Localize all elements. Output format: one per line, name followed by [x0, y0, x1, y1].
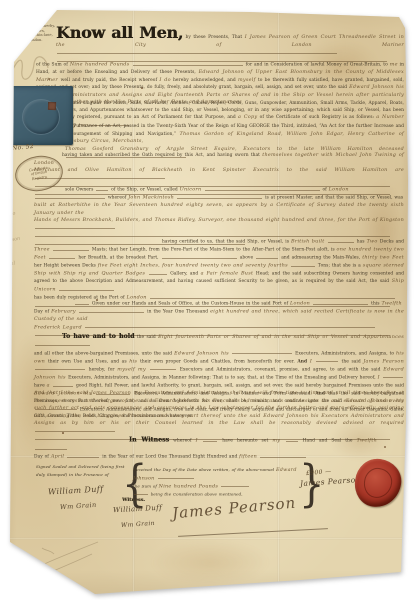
- printed-text: Signed Sealed and Delivered (being first…: [36, 464, 124, 477]
- blank-rule: [49, 254, 75, 259]
- blank-rule: [59, 286, 114, 291]
- blank-rule: [133, 61, 243, 66]
- handwritten-text: a: [47, 383, 52, 389]
- printed-text: Decks and: [380, 240, 404, 245]
- handwritten-text: thirty two Feet: [362, 255, 404, 261]
- blank-rule: [149, 270, 167, 275]
- blank-rule: [57, 49, 337, 54]
- blank-rule: [53, 382, 73, 387]
- printed-text: Tons; that she is a: [316, 264, 363, 269]
- handwritten-text: Frederick Legard: [34, 324, 84, 330]
- signature-underline: [178, 528, 328, 537]
- printed-text: Day of: [34, 455, 51, 460]
- printed-text: whereof: [106, 196, 128, 201]
- printed-text: sole Owners: [65, 188, 95, 193]
- handwritten-text: I do: [159, 77, 170, 83]
- margin-note: Wilson: [4, 237, 21, 245]
- blank-rule: [203, 437, 217, 442]
- printed-text: hereby, for: [86, 367, 117, 372]
- handwritten-text: I: [196, 438, 203, 444]
- printed-text: their own Use and Uses, and as: [48, 359, 129, 364]
- printed-text: To have and to hold: [62, 333, 134, 340]
- witness-label: Witness.: [122, 497, 145, 503]
- blank-rule: [256, 254, 278, 259]
- signature-wm-grain-witness: Wm Grain: [121, 520, 155, 529]
- printed-text: Given under our Hands and Seals of Offic…: [90, 302, 290, 307]
- printed-text: this: [369, 302, 381, 307]
- handwritten-text: I: [310, 358, 315, 364]
- blank-rule: [85, 324, 375, 329]
- handwritten-text: Twelfth: [357, 438, 377, 444]
- receipt-amount: £900 —: [306, 468, 332, 477]
- handwritten-text: my: [272, 438, 284, 444]
- stain-spot: [150, 540, 270, 585]
- opening-clause: Know all Men, by these Presents, That I …: [56, 30, 404, 65]
- foxing-dot: [384, 446, 386, 448]
- printed-text: have: [34, 384, 47, 389]
- revenue-stamp: [9, 86, 73, 145]
- printed-text: the Sum of: [133, 483, 159, 488]
- printed-text: of the Ship, or Vessel, called: [109, 188, 179, 193]
- handwritten-text: Thomas Gosford Gransbury of Argyle Stree…: [65, 146, 404, 152]
- handwritten-text: I: [378, 374, 382, 380]
- handwritten-text: John Mackintosh: [128, 195, 176, 201]
- blank-rule: [67, 453, 99, 458]
- blank-rule: [79, 308, 144, 313]
- printed-text: the said: [134, 335, 158, 340]
- printed-text: the said: [339, 359, 363, 364]
- pencil-scribble: [12, 538, 102, 588]
- handwritten-text: his: [129, 358, 140, 364]
- handwritten-text: built at Rotherhithe in the Year Sevente…: [34, 202, 404, 216]
- handwritten-text: myself my: [117, 366, 149, 372]
- printed-text: her Height between Decks: [34, 264, 98, 269]
- margin-note: S al: [6, 261, 16, 268]
- printed-text: Received the Day of the Date above writt…: [133, 467, 276, 472]
- parchment-document: Sold by W.C. & W.H. Witherby, Stationers…: [0, 0, 417, 600]
- handwritten-text: And that I the said James Pearson my Exe…: [34, 390, 404, 426]
- handwritten-text: Edward Johnson his: [174, 350, 231, 356]
- printed-text: whereof: [169, 439, 196, 444]
- printed-text: having taken and subscribed the Oath req…: [62, 153, 262, 158]
- further-assurance-handwritten: And that I the said James Pearson my Exe…: [34, 390, 404, 444]
- printed-text: in the Year One Thousand: [145, 310, 210, 315]
- printed-text: have hereunto set: [218, 439, 272, 444]
- printed-text: has: [355, 240, 367, 245]
- consideration-clause: of the Sum of Nine hundred Pounds for an…: [36, 61, 404, 107]
- handwritten-text: a Fair female Bust: [201, 271, 256, 277]
- blank-rule: [35, 342, 90, 347]
- blank-rule: [328, 238, 354, 243]
- printed-text: Gallery, and: [168, 272, 201, 277]
- stamp-patch: [48, 102, 57, 111]
- wax-seal: [352, 456, 404, 509]
- handwritten-text: Unicorn: [180, 187, 204, 193]
- printed-text: Masts; that her Length, from the Fore-Pa…: [90, 248, 337, 253]
- blank-rule: [232, 350, 292, 355]
- blank-rule: [205, 186, 320, 191]
- signature-william-duff-attestor: William Duff: [48, 485, 104, 497]
- handwritten-text: Eight fourteenth Parts or Shares of and …: [158, 334, 404, 340]
- blank-rule: [313, 300, 368, 305]
- printed-text: is at present Master, and that the said …: [263, 196, 403, 201]
- document-shadow-wrap: Sold by W.C. & W.H. Witherby, Stationers…: [0, 0, 417, 600]
- blank-rule: [35, 225, 115, 230]
- receipt-clause: Received the Day of the Date above writt…: [133, 467, 297, 499]
- in-witness-clause: In Witness whereof I have hereunto set m…: [34, 437, 377, 461]
- stationer-imprint: Sold by W.C. & W.H. Witherby, Stationers…: [10, 20, 60, 43]
- handwritten-text: February: [51, 309, 78, 315]
- printed-text: their own proper Goods and Chattles, fro…: [140, 359, 297, 364]
- printed-text: of the Sum of: [36, 63, 70, 68]
- handwritten-text: British built: [291, 239, 327, 245]
- printed-text: for and in Consideration of lawful Money…: [244, 63, 390, 68]
- printed-text: and admeasuring the Main-Wales,: [279, 256, 362, 261]
- blank-rule: [383, 374, 403, 379]
- margin-note: Wm: [3, 285, 13, 292]
- handwritten-text: James Pearson: [363, 358, 404, 364]
- handwritten-text: Twelfth: [381, 301, 401, 307]
- printed-text: of: [321, 188, 329, 193]
- blank-rule: [35, 233, 390, 238]
- blank-rule: [316, 358, 338, 363]
- printed-text: In Witness: [129, 437, 169, 444]
- printed-text: hereby acknowledged, and: [171, 78, 238, 83]
- printed-text: good Right, full Power, and lawful Autho…: [74, 384, 404, 389]
- handwritten-text: Nine hundred Pounds: [70, 62, 132, 68]
- handwritten-text: myself: [238, 77, 256, 83]
- photo-background: Sold by W.C. & W.H. Witherby, Stationers…: [0, 0, 417, 600]
- handwritten-text: Nine hundred Pounds: [159, 483, 221, 489]
- handwritten-text: Three: [34, 247, 52, 253]
- handwritten-text: London: [290, 301, 312, 307]
- blank-rule: [162, 254, 237, 259]
- blank-rule: [35, 445, 67, 450]
- registry-number: No. 52: [12, 143, 35, 152]
- margin-note: L o: [8, 211, 16, 217]
- printed-text: Executors, Administrators, and Assigns, …: [293, 351, 396, 356]
- oval-stamp-line: Registry.: [32, 174, 48, 181]
- blank-rule: [53, 246, 89, 251]
- printed-text: having certified to us, that the said Sh…: [162, 240, 291, 245]
- blank-rule: [35, 194, 105, 199]
- fold-crease-horizontal: [0, 537, 417, 540]
- handwritten-text: London: [329, 187, 349, 193]
- blank-rule: [286, 437, 298, 442]
- printed-text: by these Presents, That: [183, 35, 245, 40]
- handwritten-text: a Copy: [238, 114, 257, 120]
- imprint-line: London.: [10, 37, 60, 42]
- signature-william-duff-witness: William Duff: [113, 504, 163, 515]
- printed-text: well and truly paid, the Receipt whereof: [61, 78, 160, 83]
- handwritten-text: Hands of Messrs Brockbank, Builders, and…: [34, 217, 404, 223]
- blank-rule: [96, 186, 108, 191]
- blank-rule: [134, 491, 148, 496]
- blank-rule: [291, 262, 315, 267]
- blank-rule: [177, 194, 262, 199]
- blank-rule: [158, 475, 194, 480]
- attestation-clause: Signed Sealed and Delivered (being first…: [36, 464, 126, 479]
- printed-text: Day of: [34, 310, 51, 315]
- handwritten-text: April: [51, 454, 67, 460]
- printed-text: above: [238, 256, 255, 261]
- printed-text: Executors, Administrators, and Assigns, …: [68, 375, 378, 380]
- printed-text: and all other the above-bargained Premis…: [34, 351, 174, 356]
- blank-rule: [150, 366, 176, 371]
- imprint-line: W.C. & W.H. Witherby,: [10, 24, 60, 29]
- printed-text: And: [297, 359, 310, 364]
- handwritten-text: five Feet eight Inches, four hundred twe…: [98, 263, 290, 269]
- printed-text: Hand and Seal the: [299, 439, 357, 444]
- handwritten-text: Merchant and Olive Hamilton of Blackheat…: [34, 167, 404, 173]
- printed-text: Know all Men,: [56, 23, 183, 42]
- handwritten-text: fifteen: [239, 454, 259, 460]
- printed-text: Executors and Administrators, covenant, …: [177, 367, 383, 372]
- blank-rule: [35, 428, 115, 433]
- blank-rule: [75, 300, 89, 305]
- printed-text: of the Certificate of such Registry is a…: [257, 115, 376, 120]
- blank-rule: [35, 366, 85, 371]
- handwritten-text: Two: [367, 239, 380, 245]
- printed-text: being the Consideration above mentioned,: [149, 491, 243, 496]
- printed-text: her Breadth, at the broadest Part,: [76, 256, 160, 261]
- blank-rule: [150, 294, 395, 299]
- blank-rule: [221, 483, 249, 488]
- signature-wm-grain-attestor: Wm Grain: [60, 501, 97, 512]
- handwritten-text: me: [390, 62, 398, 68]
